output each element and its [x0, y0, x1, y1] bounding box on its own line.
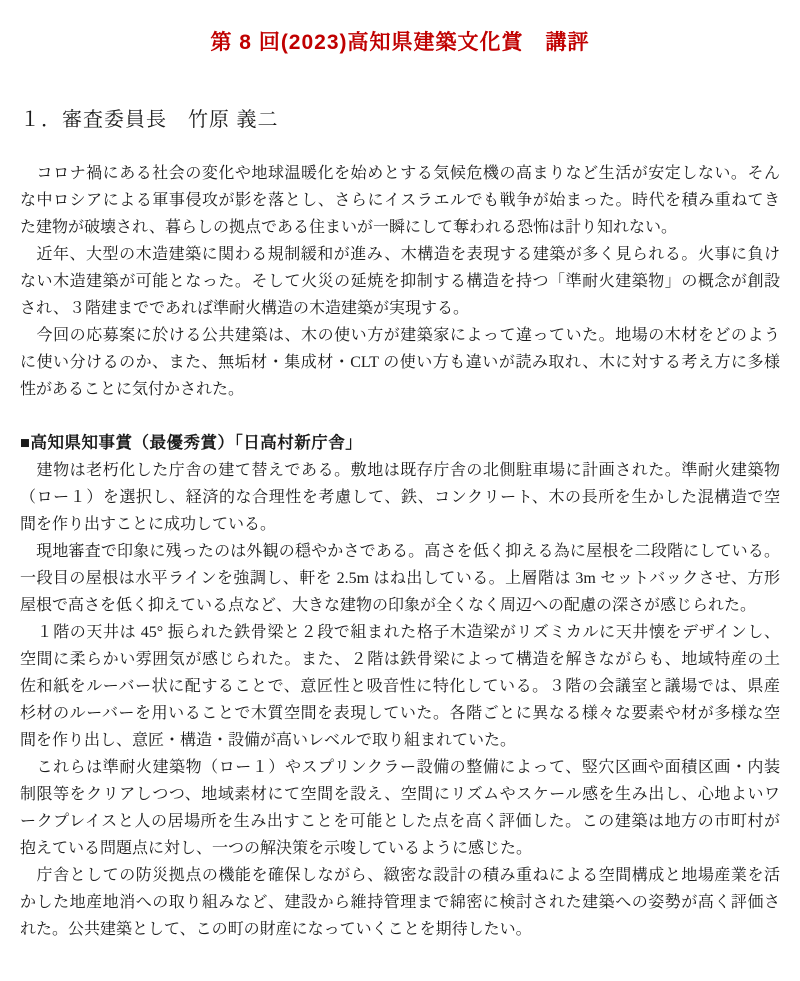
text-line: 建物は老朽化した庁舎の建て替えである。敷地は既存庁舎の北側駐車場に計画された。準…: [20, 457, 780, 484]
text-line: 近年、大型の木造建築に関わる規制緩和が進み、木構造を表現する建築が多く見られる。…: [20, 241, 780, 268]
text-line: ークプレイスと人の居場所を生み出すことを可能とした点を高く評価した。この建築は地…: [20, 808, 780, 835]
text-line: 制限等をクリアしつつ、地域素材にて空間を設え、空間にリズムやスケール感を生み出し…: [20, 781, 780, 808]
document-title: 第 8 回(2023)高知県建築文化賞 講評: [20, 30, 780, 56]
paragraph: コロナ禍にある社会の変化や地球温暖化を始めとする気候危機の高まりなど生活が安定し…: [20, 160, 780, 241]
paragraph: 現地審査で印象に残ったのは外観の穏やかさである。高さを低く抑える為に屋根を二段階…: [20, 538, 780, 619]
text-line: （ロー１）を選択し、経済的な合理性を考慮して、鉄、コンクリート、木の長所を生かし…: [20, 484, 780, 511]
text-line: これらは準耐火建築物（ロー１）やスプリンクラー設備の整備によって、竪穴区画や面積…: [20, 754, 780, 781]
text-line: 空間に柔らかい雰囲気が感じられた。また、２階は鉄骨梁によって構造を解きながらも、…: [20, 646, 780, 673]
text-line: かした地産地消への取り組みなど、建設から維持管理まで綿密に検討された建築への姿勢…: [20, 889, 780, 916]
text-line: た建物が破壊され、暮らしの拠点である住まいが一瞬にして奪われる恐怖は計り知れない…: [20, 214, 780, 241]
paragraph: 建物は老朽化した庁舎の建て替えである。敷地は既存庁舎の北側駐車場に計画された。準…: [20, 457, 780, 538]
paragraph: 近年、大型の木造建築に関わる規制緩和が進み、木構造を表現する建築が多く見られる。…: [20, 241, 780, 322]
text-line: １階の天井は 45° 振られた鉄骨梁と２段で組まれた格子木造梁がリズミカルに天井…: [20, 619, 780, 646]
text-line: 佐和紙をルーバー状に配することで、意匠性と吸音性に特化している。３階の会議室と議…: [20, 673, 780, 700]
paragraph: 今回の応募案に於ける公共建築は、木の使い方が建築家によって違っていた。地場の木材…: [20, 322, 780, 403]
chief-judge-heading: １．審査委員長 竹原 義二: [20, 106, 780, 134]
text-line: れた。公共建築として、この町の財産になっていくことを期待したい。: [20, 916, 780, 943]
text-line: コロナ禍にある社会の変化や地球温暖化を始めとする気候危機の高まりなど生活が安定し…: [20, 160, 780, 187]
text-line: ない木造建築が可能となった。そして火災の延焼を抑制する構造を持つ「準耐火建築物」…: [20, 268, 780, 295]
text-line: 間を作り出し、意匠・構造・設備が高いレベルで取り組まれていた。: [20, 727, 780, 754]
paragraph: これらは準耐火建築物（ロー１）やスプリンクラー設備の整備によって、竪穴区画や面積…: [20, 754, 780, 862]
paragraph: 庁舎としての防災拠点の機能を確保しながら、緻密な設計の積み重ねによる空間構成と地…: [20, 862, 780, 943]
text-line: 庁舎としての防災拠点の機能を確保しながら、緻密な設計の積み重ねによる空間構成と地…: [20, 862, 780, 889]
text-line: 性があることに気付かされた。: [20, 376, 780, 403]
text-line: 今回の応募案に於ける公共建築は、木の使い方が建築家によって違っていた。地場の木材…: [20, 322, 780, 349]
text-line: な中ロシアによる軍事侵攻が影を落とし、さらにイスラエルでも戦争が始まった。時代を…: [20, 187, 780, 214]
text-line: 杉材のルーバーを用いることで木質空間を表現していた。各階ごとに異なる様々な要素や…: [20, 700, 780, 727]
text-line: 現地審査で印象に残ったのは外観の穏やかさである。高さを低く抑える為に屋根を二段階…: [20, 538, 780, 565]
text-line: 抱えている問題点に対し、一つの解決策を示唆しているように感じた。: [20, 835, 780, 862]
document-page: 第 8 回(2023)高知県建築文化賞 講評 １．審査委員長 竹原 義二 コロナ…: [0, 0, 800, 981]
award-section-heading: ■高知県知事賞（最優秀賞）「日高村新庁舎」: [20, 430, 780, 457]
text-line: に使い分けるのか、また、無垢材・集成材・CLT の使い方も違いが読み取れ、木に対…: [20, 349, 780, 376]
text-line: され、３階建までであれば準耐火構造の木造建築が実現する。: [20, 295, 780, 322]
award-section: 建物は老朽化した庁舎の建て替えである。敷地は既存庁舎の北側駐車場に計画された。準…: [20, 457, 780, 943]
text-line: 間を作り出すことに成功している。: [20, 511, 780, 538]
text-line: 一段目の屋根は水平ラインを強調し、軒を 2.5m はね出している。上層階は 3m…: [20, 565, 780, 592]
text-line: 屋根で高さを低く抑えている点など、大きな建物の印象が全くなく周辺への配慮の深さが…: [20, 592, 780, 619]
paragraph: １階の天井は 45° 振られた鉄骨梁と２段で組まれた格子木造梁がリズミカルに天井…: [20, 619, 780, 754]
intro-section: コロナ禍にある社会の変化や地球温暖化を始めとする気候危機の高まりなど生活が安定し…: [20, 160, 780, 403]
